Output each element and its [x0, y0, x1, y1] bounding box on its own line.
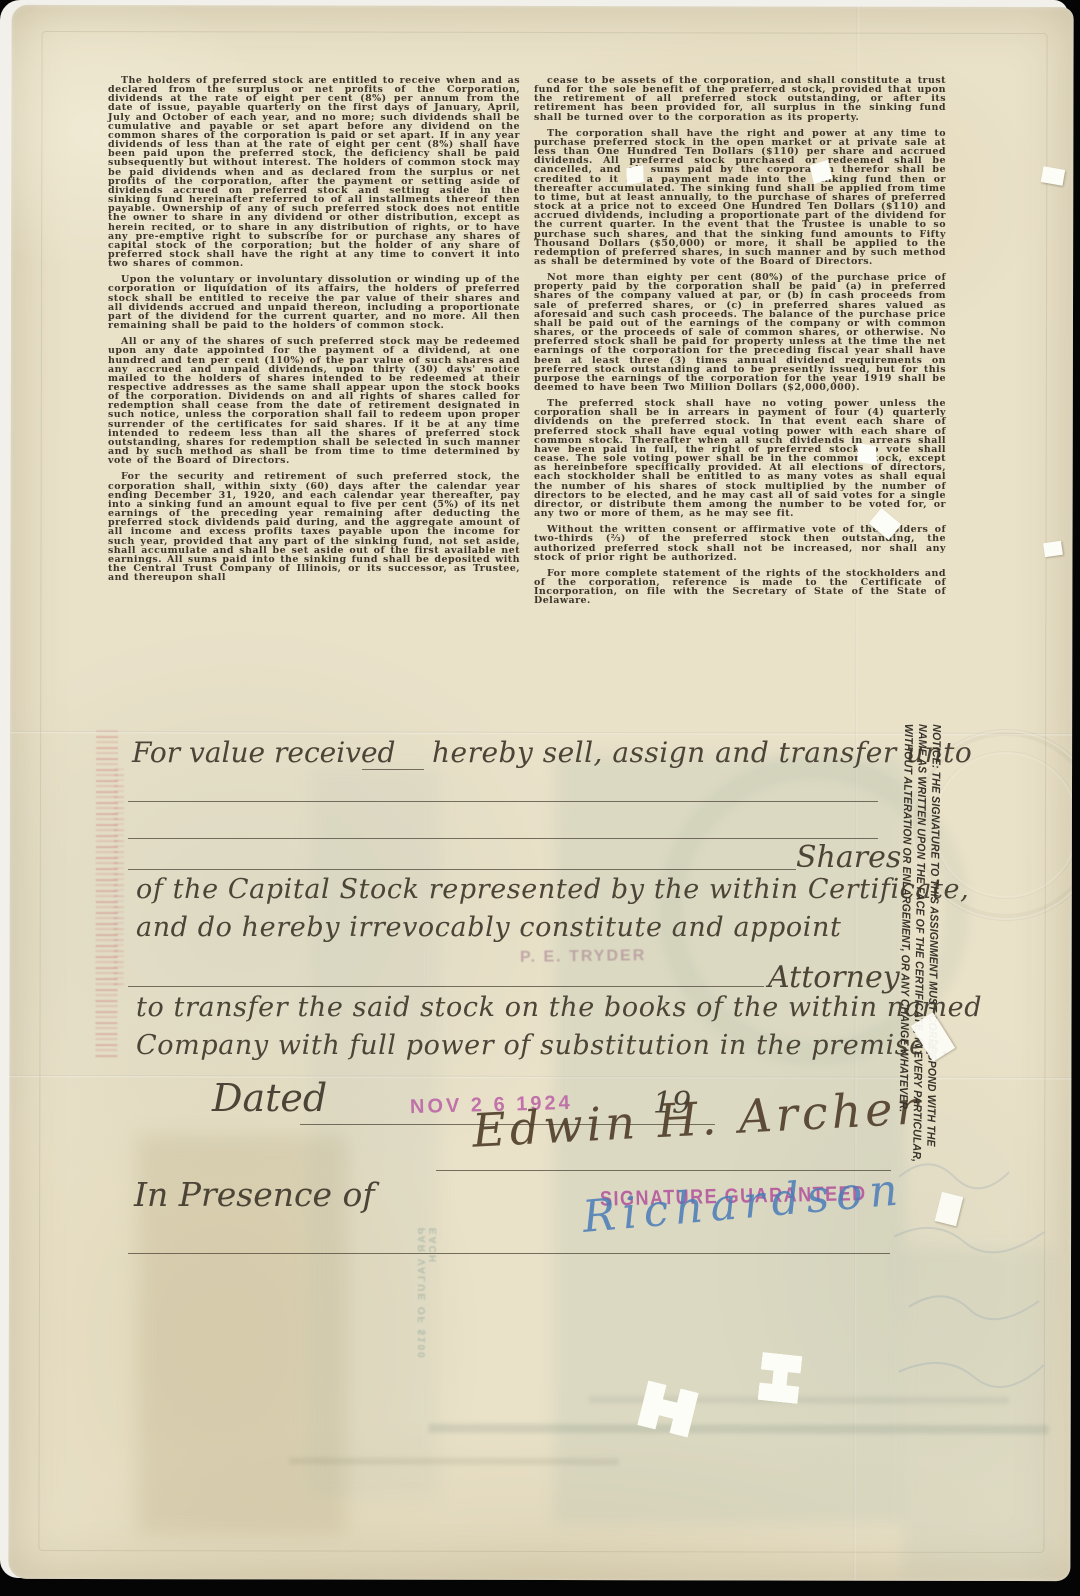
edge-nick	[1043, 541, 1063, 557]
legal-paragraph: The preferred stock shall have no voting…	[534, 399, 946, 518]
legal-paragraph: Upon the voluntary or involuntary dissol…	[108, 275, 520, 330]
blank-line	[362, 769, 424, 770]
legal-paragraph: The holders of preferred stock are entit…	[108, 76, 520, 268]
legal-paragraph: cease to be assets of the corporation, a…	[534, 76, 946, 122]
notice-sidebar: NOTICE: THE SIGNATURE TO THIS ASSIGNMENT…	[890, 724, 943, 1197]
attorney-line	[128, 986, 764, 987]
assignment-line1-post: hereby sell, assign and transfer unto	[432, 736, 972, 769]
ghost-print-stripe	[429, 1424, 1049, 1434]
legal-paragraph: For more complete statement of the right…	[534, 569, 946, 606]
assignment-line4: to transfer the said stock on the books …	[136, 992, 982, 1023]
legal-text-block: The holders of preferred stock are entit…	[108, 76, 946, 612]
legal-paragraph: The corporation shall have the right and…	[534, 129, 946, 266]
ghost-mirrored-par-value: PAR VALUE OF $100 EACH	[417, 1228, 439, 1378]
shares-line	[128, 869, 796, 870]
witness-label: In Presence of	[134, 1175, 375, 1214]
red-transfer-stamp-ghost	[114, 765, 124, 985]
legal-left-column: The holders of preferred stock are entit…	[108, 76, 520, 612]
assignment-line5: Company with full power of substitution …	[136, 1030, 949, 1061]
legal-paragraph: For the security and retirement of such …	[108, 472, 520, 582]
scanned-certificate-back: PAR VALUE OF $100 EACH The holders of pr…	[0, 0, 1080, 1596]
dated-label: Dated	[212, 1076, 327, 1120]
witness-line	[128, 1253, 890, 1254]
assignment-line1-pre: For value received	[132, 736, 395, 769]
legal-paragraph: All or any of the shares of such preferr…	[108, 337, 520, 465]
assignee-line-2	[128, 838, 878, 839]
legal-paragraph: Not more than eighty per cent (80%) of t…	[534, 273, 946, 392]
ghost-print-stripe	[289, 1457, 619, 1465]
assignment-line3: and do hereby irrevocably constitute and…	[136, 912, 841, 943]
shares-label: Shares	[796, 840, 901, 875]
assignee-line	[128, 801, 878, 802]
attorney-name-stamp: P. E. TRYDER	[520, 947, 646, 967]
attorney-label: Attorney	[768, 960, 900, 995]
assignment-line2: of the Capital Stock represented by the …	[136, 874, 969, 905]
ghost-underprint-band	[903, 1247, 1054, 1577]
